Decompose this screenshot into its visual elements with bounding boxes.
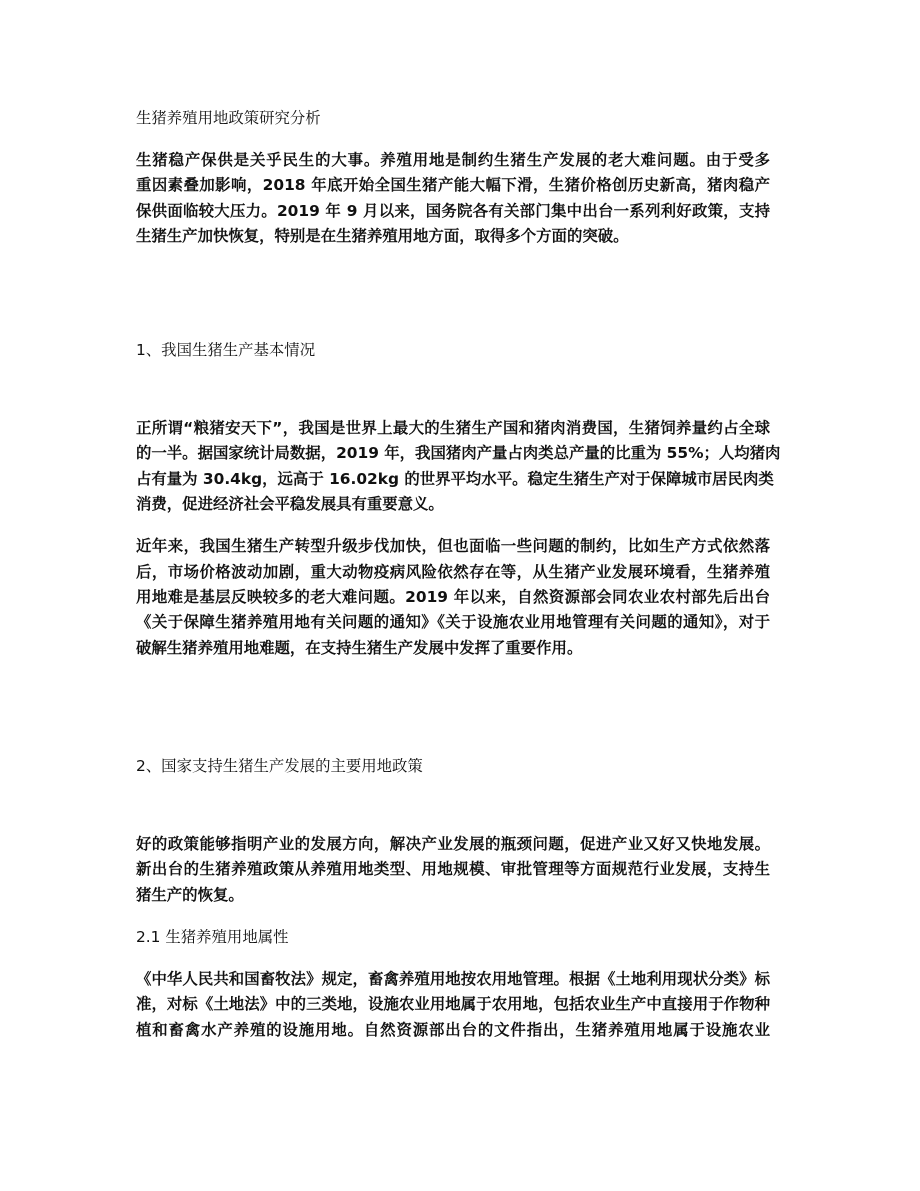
paragraph-line: 好的政策能够指明产业的发展方向，解决产业发展的瓶颈问题，促进产业又好又快地发展。 [136, 834, 770, 854]
paragraph-line: 用地难是基层反映较多的老大难问题。2019 年以来，自然资源部会同农业农村部先后… [136, 587, 770, 607]
paragraph-line: 生猪生产加快恢复，特别是在生猪养殖用地方面，取得多个方面的突破。 [136, 226, 770, 246]
paragraph-line: 占有量为 30.4kg，远高于 16.02kg 的世界平均水平。稳定生猪生产对于… [136, 469, 770, 489]
paragraph-line: 重因素叠加影响，2018 年底开始全国生猪产能大幅下滑，生猪价格创历史新高，猪肉… [136, 175, 770, 195]
section-heading-1: 1、我国生猪生产基本情况 [136, 340, 770, 360]
paragraph-line: 保供面临较大压力。2019 年 9 月以来，国务院各有关部门集中出台一系列利好政… [136, 201, 770, 221]
paragraph-line: 近年来，我国生猪生产转型升级步伐加快，但也面临一些问题的制约，比如生产方式依然落 [136, 536, 770, 556]
paragraph-line: 破解生猪养殖用地难题，在支持生猪生产发展中发挥了重要作用。 [136, 638, 770, 658]
paragraph-line: 《关于保障生猪养殖用地有关问题的通知》《关于设施农业用地管理有关问题的通知》，对… [136, 612, 770, 632]
paragraph-line: 后，市场价格波动加剧，重大动物疫病风险依然存在等，从生猪产业发展环境看，生猪养殖 [136, 562, 770, 582]
paragraph-line: 猪生产的恢复。 [136, 885, 770, 905]
paragraph-line: 的一半。据国家统计局数据，2019 年，我国猪肉产量占肉类总产量的比重为 55%… [136, 443, 770, 463]
paragraph-line: 植和畜禽水产养殖的设施用地。自然资源部出台的文件指出，生猪养殖用地属于设施农业 [136, 1020, 770, 1040]
paragraph-line: 准，对标《土地法》中的三类地，设施农业用地属于农用地，包括农业生产中直接用于作物… [136, 994, 770, 1014]
paragraph-line: 正所谓“粮猪安天下”，我国是世界上最大的生猪生产国和猪肉消费国，生猪饲养量约占全… [136, 418, 770, 438]
paragraph-line: 《中华人民共和国畜牧法》规定，畜禽养殖用地按农用地管理。根据《土地利用现状分类》… [136, 969, 770, 989]
paragraph-line: 消费，促进经济社会平稳发展具有重要意义。 [136, 494, 770, 514]
document-title: 生猪养殖用地政策研究分析 [136, 108, 770, 128]
paragraph-line: 生猪稳产保供是关乎民生的大事。养殖用地是制约生猪生产发展的老大难问题。由于受多 [136, 150, 770, 170]
section-heading-2-1: 2.1 生猪养殖用地属性 [136, 927, 770, 947]
section-heading-2: 2、国家支持生猪生产发展的主要用地政策 [136, 756, 770, 776]
paragraph-line: 新出台的生猪养殖政策从养殖用地类型、用地规模、审批管理等方面规范行业发展，支持生 [136, 859, 770, 879]
